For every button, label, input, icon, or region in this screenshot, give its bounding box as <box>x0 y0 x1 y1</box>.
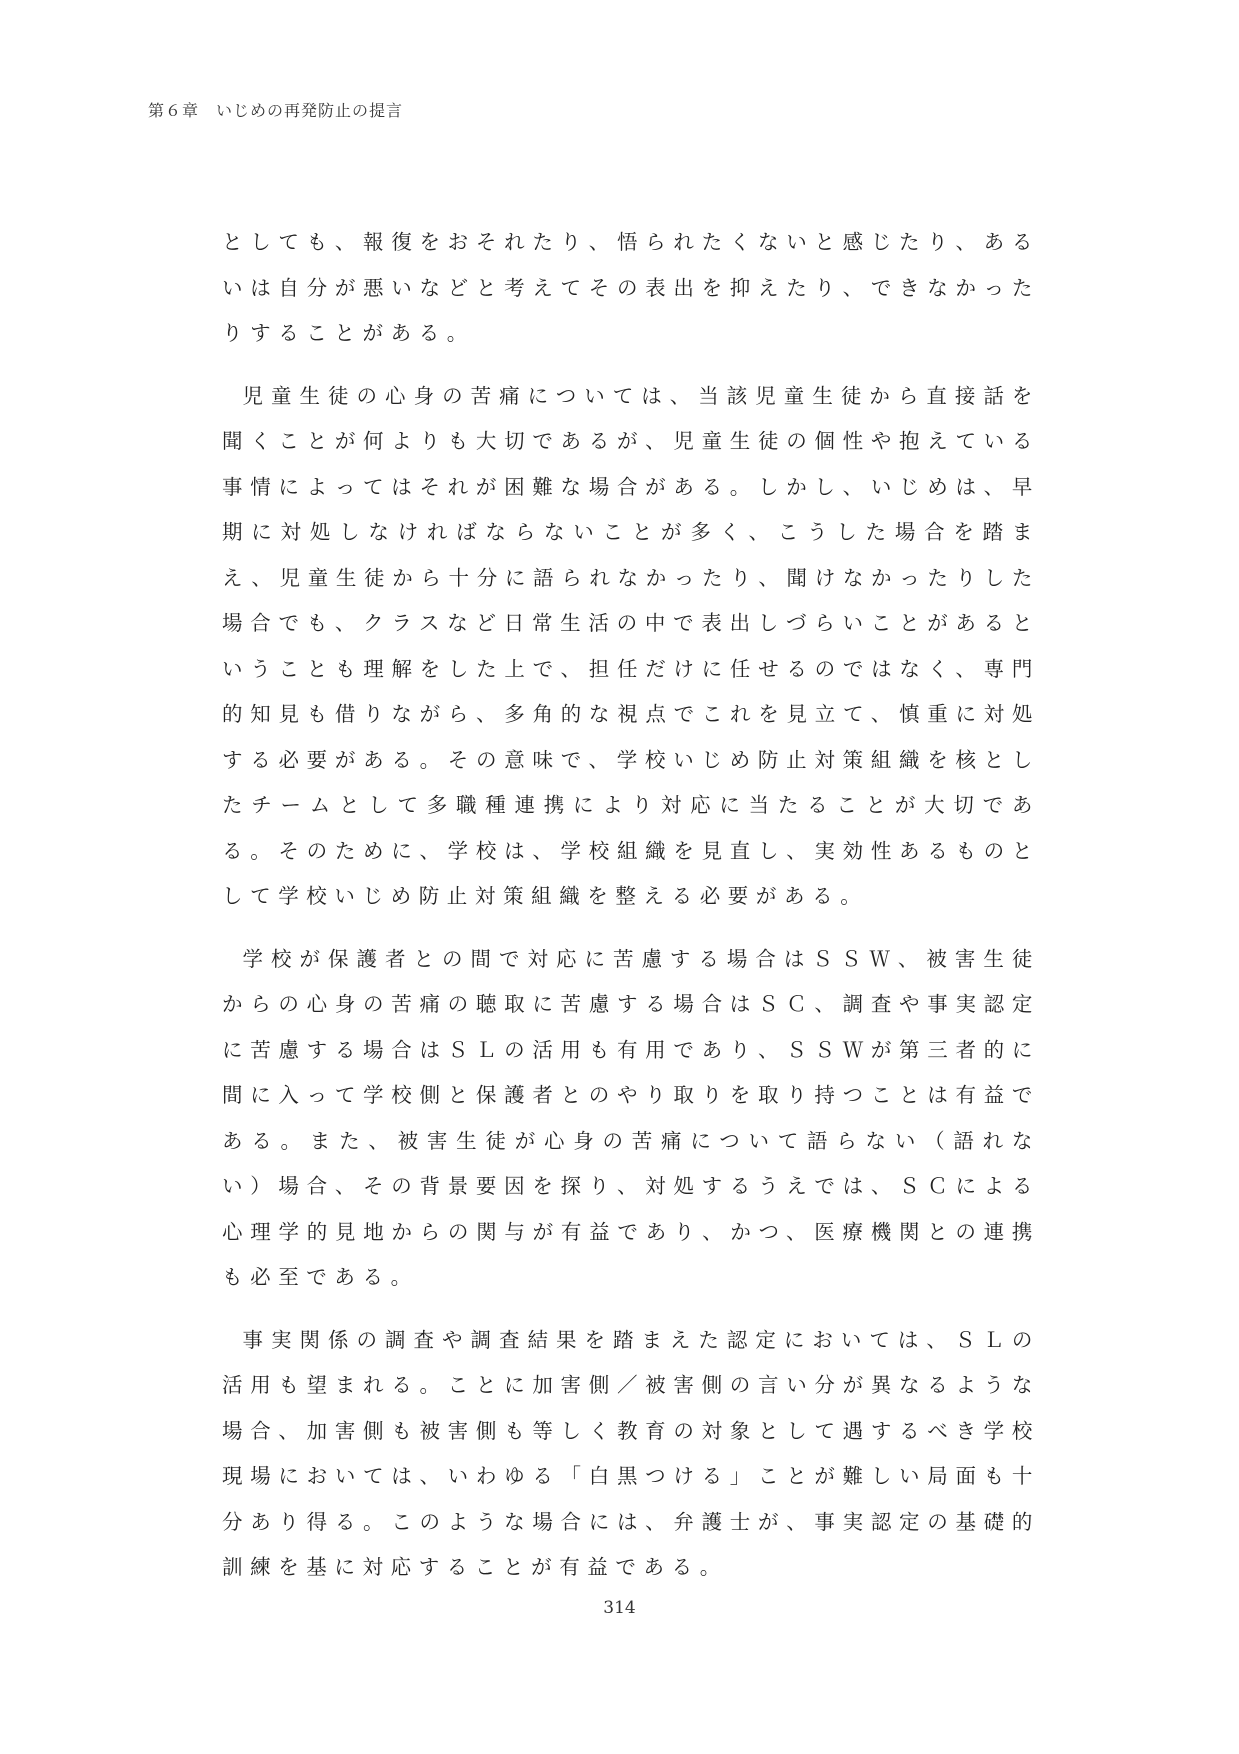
chapter-header: 第６章 いじめの再発防止の提言 <box>148 98 403 121</box>
body-text: としても、報復をおそれたり、悟られたくないと感じたり、あるいは自分が悪いなどと考… <box>222 220 1040 1608</box>
paragraph-fact-finding: 事実関係の調査や調査結果を踏まえた認定においては、ＳＬの活用も望まれる。ことに加… <box>222 1318 1040 1591</box>
paragraph-ssw-sc-sl: 学校が保護者との間で対応に苦慮する場合はＳＳＷ、被害生徒からの心身の苦痛の聴取に… <box>222 937 1040 1301</box>
page-number: 314 <box>0 1598 1239 1618</box>
paragraph-student-distress: 児童生徒の心身の苦痛については、当該児童生徒から直接話を聞くことが何よりも大切で… <box>222 374 1040 920</box>
paragraph-continuation: としても、報復をおそれたり、悟られたくないと感じたり、あるいは自分が悪いなどと考… <box>222 220 1040 357</box>
